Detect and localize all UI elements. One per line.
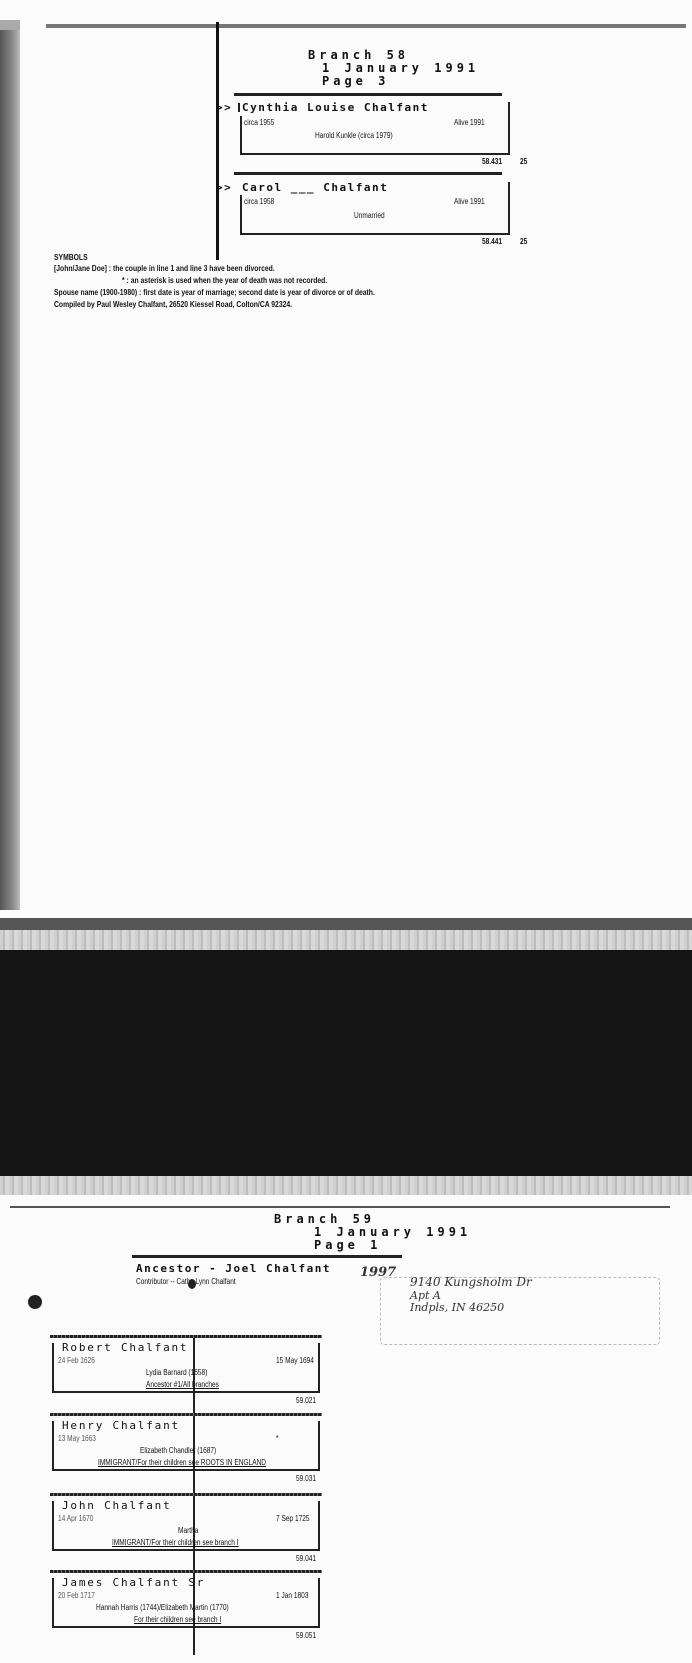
page-number: Page 3 <box>322 74 389 88</box>
spouse-info: Martha <box>178 1526 198 1535</box>
death-date: * <box>276 1434 279 1443</box>
spouse-info: Elizabeth Chandler (1687) <box>140 1446 216 1455</box>
entry-code: 59.041 <box>296 1554 316 1563</box>
entry-code: 59.051 <box>296 1631 316 1640</box>
lineage-note: IMMIGRANT/For their children see ROOTS I… <box>98 1458 266 1467</box>
tree-connector-line <box>216 22 219 260</box>
lineage-note: Ancestor #1/All branches <box>146 1380 219 1389</box>
scan-black-gap <box>0 950 692 1178</box>
spouse-info: Unmarried <box>354 211 385 220</box>
entry-marker: >> <box>216 181 232 194</box>
page-bottom-border <box>0 918 692 930</box>
entry-left-bar <box>52 1578 54 1628</box>
birth-date: circa 1955 <box>244 118 274 127</box>
scan-noise-strip <box>0 930 692 952</box>
ancestor-title: Ancestor - Joel Chalfant <box>136 1262 331 1275</box>
entry-bottom-rule <box>52 1626 320 1628</box>
entry-code: 59.031 <box>296 1474 316 1483</box>
entry-right-bar <box>318 1421 320 1471</box>
entry-left-bar <box>52 1421 54 1471</box>
entry-bottom-rule <box>240 233 510 235</box>
birth-date: circa 1958 <box>244 197 274 206</box>
entry-right-bar <box>318 1501 320 1551</box>
entry-code: 58.441 <box>482 237 502 246</box>
symbols-line: * : an asterisk is used when the year of… <box>122 275 327 286</box>
entry-top-rule <box>50 1335 322 1338</box>
entry-code: 58.431 <box>482 157 502 166</box>
entry-left-bar <box>238 103 240 112</box>
entry-left-bar <box>240 116 242 154</box>
person-name: Henry Chalfant <box>62 1419 180 1432</box>
symbols-title: SYMBOLS <box>54 252 88 263</box>
lineage-note: For their children see branch I <box>134 1615 221 1624</box>
ancestor-top-rule <box>132 1255 402 1258</box>
entry-bottom-rule <box>240 153 510 155</box>
document-page-branch-59: Branch 59 1 January 1991 Page 1 Ancestor… <box>0 1195 692 1663</box>
page-top-border <box>10 1206 670 1208</box>
branch-title: Branch 58 <box>308 48 409 62</box>
death-date: 15 May 1694 <box>276 1356 314 1365</box>
person-name: Robert Chalfant <box>62 1341 188 1354</box>
entry-ref: 25 <box>520 237 527 246</box>
ink-blot <box>188 1279 196 1289</box>
birth-date: 24 Feb 1626 <box>58 1356 95 1365</box>
entry-top-rule <box>234 93 502 96</box>
spouse-info: Lydia Barnard (1658) <box>146 1368 207 1377</box>
document-page-branch-58: Branch 58 1 January 1991 Page 3 >> Cynth… <box>0 0 692 918</box>
branch-title: Branch 59 <box>274 1212 375 1226</box>
life-status: Alive 1991 <box>454 197 485 206</box>
entry-top-rule <box>50 1493 322 1496</box>
entry-right-bar <box>508 102 510 154</box>
entry-top-rule <box>50 1570 322 1573</box>
entry-right-bar <box>508 182 510 234</box>
birth-date: 14 Apr 1670 <box>58 1514 93 1523</box>
life-status: Alive 1991 <box>454 118 485 127</box>
entry-right-bar <box>318 1343 320 1393</box>
page-top-border <box>46 24 686 28</box>
birth-date: 20 Feb 1717 <box>58 1591 95 1600</box>
birth-date: 13 May 1663 <box>58 1434 96 1443</box>
handwritten-address-line: 9140 Kungsholm Dr <box>410 1275 532 1289</box>
person-name: James Chalfant Sr <box>62 1576 205 1589</box>
entry-left-bar <box>52 1343 54 1393</box>
entry-ref: 25 <box>520 157 527 166</box>
entry-top-rule <box>50 1413 322 1416</box>
death-date: 7 Sep 1725 <box>276 1514 310 1523</box>
page-number: Page 1 <box>314 1238 381 1252</box>
entry-top-rule <box>234 172 502 175</box>
person-name: Cynthia Louise Chalfant <box>242 101 429 114</box>
spouse-info: Harold Kunkle (circa 1979) <box>315 131 393 140</box>
entry-right-bar <box>318 1578 320 1628</box>
spouse-info: Hannah Harris (1744)/Elizabeth Martin (1… <box>96 1603 229 1612</box>
entry-left-bar <box>240 195 242 233</box>
report-date: 1 January 1991 <box>322 61 479 75</box>
entry-code: 59.021 <box>296 1396 316 1405</box>
compiler-credit: Compiled by Paul Wesley Chalfant, 26520 … <box>54 299 292 310</box>
report-date: 1 January 1991 <box>314 1225 471 1239</box>
entry-bottom-rule <box>52 1391 320 1393</box>
scan-left-edge-shadow <box>0 30 20 910</box>
symbols-line: Spouse name (1900-1980) : first date is … <box>54 287 375 298</box>
death-date: 1 Jan 1803 <box>276 1591 308 1600</box>
person-name: Carol ___ Chalfant <box>242 181 388 194</box>
entry-bottom-rule <box>52 1469 320 1471</box>
contributor-line: Contributor -- Cathy Lynn Chalfant <box>136 1277 236 1286</box>
punch-hole-icon <box>28 1295 42 1309</box>
lineage-note: IMMIGRANT/For their children see branch … <box>112 1538 239 1547</box>
symbols-line: [John/Jane Doe] : the couple in line 1 a… <box>54 263 275 274</box>
person-name: John Chalfant <box>62 1499 172 1512</box>
entry-bottom-rule <box>52 1549 320 1551</box>
entry-marker: >> <box>216 101 232 114</box>
entry-left-bar <box>52 1501 54 1551</box>
handwritten-address-line: Indpls, IN 46250 <box>410 1301 504 1314</box>
